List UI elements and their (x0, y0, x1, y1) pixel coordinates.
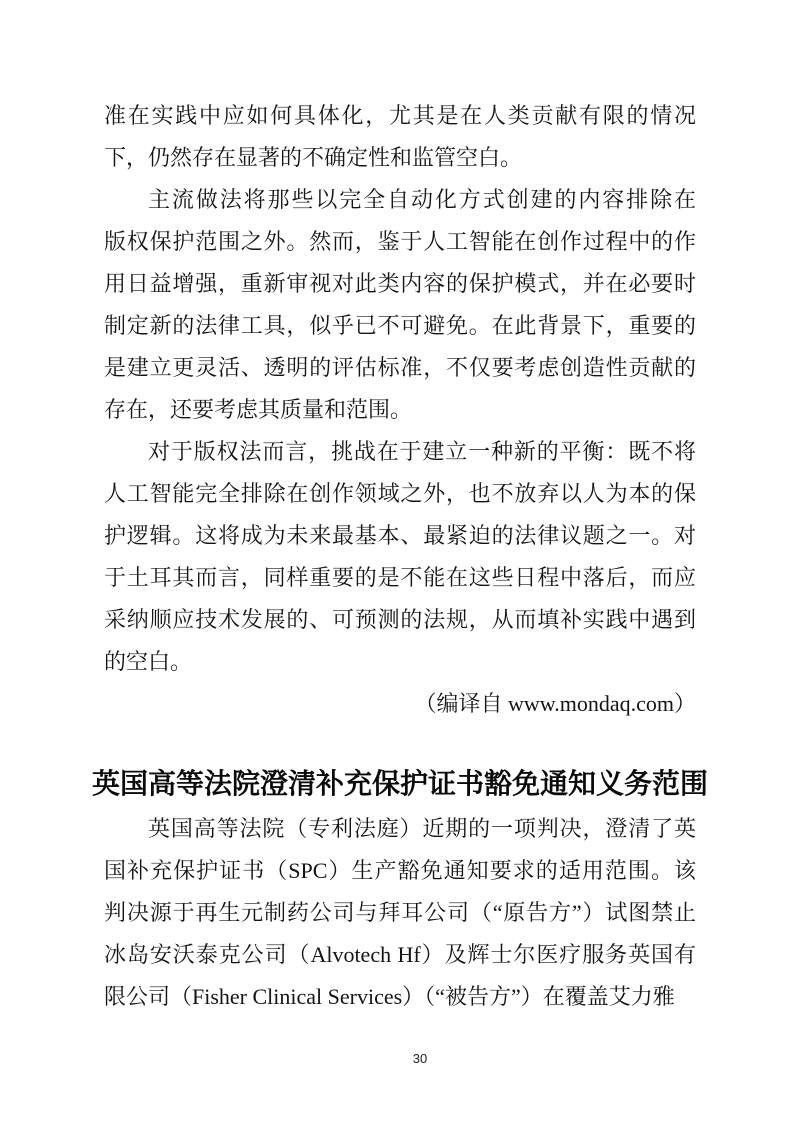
text-line: 英国高等法院（专利法庭）近期的一项判决，澄清了英 (104, 808, 696, 850)
source-attribution: （编译自 www.mondaq.com） (104, 683, 696, 725)
text-line: 用日益增强，重新审视对此类内容的保护模式，并在必要时 (104, 263, 696, 305)
text-line: 国补充保护证书（SPC）生产豁免通知要求的适用范围。该 (104, 850, 696, 892)
text-line: 制定新的法律工具，似乎已不可避免。在此背景下，重要的 (104, 305, 696, 347)
article-title-uk-high-court: 英国高等法院澄清补充保护证书豁免通知义务范围 (84, 764, 716, 804)
text-line: 版权保护范围之外。然而，鉴于人工智能在创作过程中的作 (104, 221, 696, 263)
text-line: 冰岛安沃泰克公司（Alvotech Hf）及辉士尔医疗服务英国有 (104, 934, 696, 976)
text-line: 存在，还要考虑其质量和范围。 (104, 389, 696, 431)
document-page: 准在实践中应如何具体化，尤其是在人类贡献有限的情况下，仍然存在显著的不确定性和监… (0, 0, 793, 1122)
text-line: 护逻辑。这将成为未来最基本、最紧迫的法律议题之一。对 (104, 515, 696, 557)
text-line: 采纳顺应技术发展的、可预测的法规，从而填补实践中遇到 (104, 599, 696, 641)
text-line: 是建立更灵活、透明的评估标准，不仅要考虑创造性贡献的 (104, 347, 696, 389)
text-line: 判决源于再生元制药公司与拜耳公司（“原告方”）试图禁止 (104, 892, 696, 934)
text-line: 人工智能完全排除在创作领域之外，也不放弃以人为本的保 (104, 473, 696, 515)
text-line: 主流做法将那些以完全自动化方式创建的内容排除在 (104, 179, 696, 221)
paragraph-uk-high-court: 英国高等法院（专利法庭）近期的一项判决，澄清了英国补充保护证书（SPC）生产豁免… (104, 808, 696, 1018)
paragraph-copyright-balance: 对于版权法而言，挑战在于建立一种新的平衡：既不将人工智能完全排除在创作领域之外，… (104, 431, 696, 683)
page-number: 30 (124, 1051, 716, 1067)
text-line: 限公司（Fisher Clinical Services）（“被告方”）在覆盖艾… (104, 976, 696, 1018)
text-line: 准在实践中应如何具体化，尤其是在人类贡献有限的情况 (104, 95, 696, 137)
page-content: 准在实践中应如何具体化，尤其是在人类贡献有限的情况下，仍然存在显著的不确定性和监… (0, 0, 793, 1067)
text-line: 下，仍然存在显著的不确定性和监管空白。 (104, 137, 696, 179)
text-line: 于土耳其而言，同样重要的是不能在这些日程中落后，而应 (104, 557, 696, 599)
text-line: 对于版权法而言，挑战在于建立一种新的平衡：既不将 (104, 431, 696, 473)
paragraph-mainstream-practice: 主流做法将那些以完全自动化方式创建的内容排除在版权保护范围之外。然而，鉴于人工智… (104, 179, 696, 431)
paragraph-continuation: 准在实践中应如何具体化，尤其是在人类贡献有限的情况下，仍然存在显著的不确定性和监… (104, 95, 696, 179)
text-line: 的空白。 (104, 641, 696, 683)
